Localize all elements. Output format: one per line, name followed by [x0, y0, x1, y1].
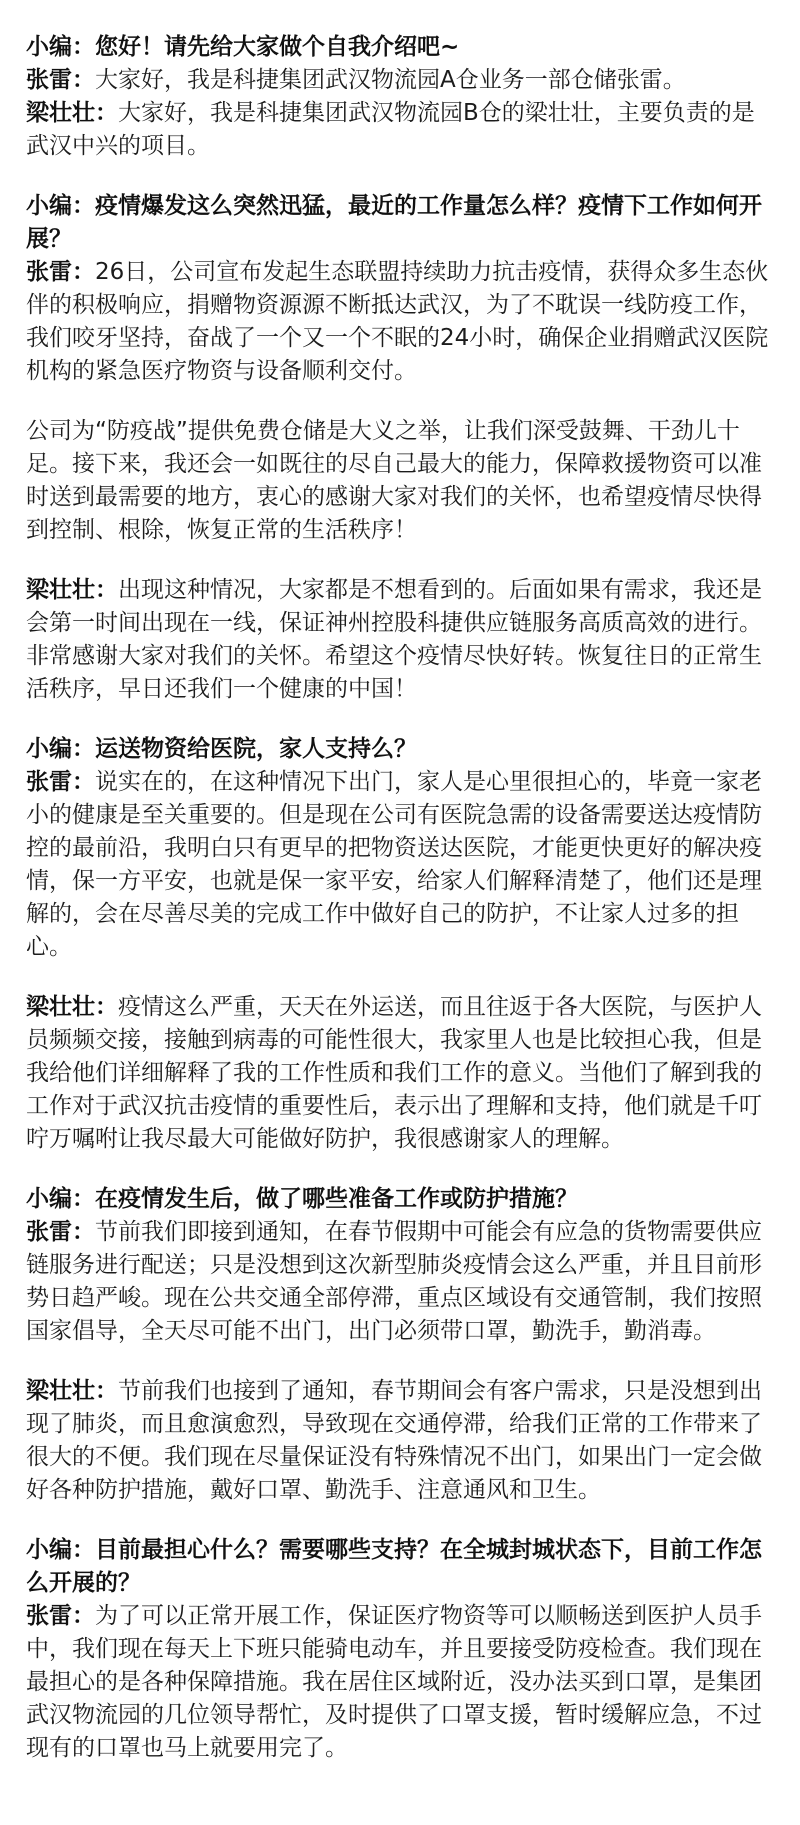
- qa-block: 梁壮壮：疫情这么严重，天天在外运送，而且往返于各大医院，与医护人员频频交接，接触…: [26, 991, 772, 1156]
- answer-paragraph: 张雷：节前我们即接到通知，在春节假期中可能会有应急的货物需要供应链服务进行配送；…: [26, 1216, 772, 1348]
- answer-paragraph: 梁壮壮：出现这种情况，大家都是不想看到的。后面如果有需求，我还是会第一时间出现在…: [26, 574, 772, 706]
- qa-block: 小编：运送物资给医院，家人支持么？张雷：说实在的，在这种情况下出门，家人是心里很…: [26, 733, 772, 964]
- paragraph-text: 26日，公司宣布发起生态联盟持续助力抗击疫情，获得众多生态伙伴的积极响应，捐赠物…: [26, 259, 768, 384]
- paragraph-text: 出现这种情况，大家都是不想看到的。后面如果有需求，我还是会第一时间出现在一线，保…: [26, 577, 762, 702]
- qa-block: 小编：疫情爆发这么突然迅猛，最近的工作量怎么样？疫情下工作如何开展？张雷：26日…: [26, 190, 772, 388]
- qa-block: 梁壮壮：节前我们也接到了通知，春节期间会有客户需求，只是没想到出现了肺炎，而且愈…: [26, 1375, 772, 1507]
- speaker-label: 张雷：: [26, 769, 95, 795]
- answer-paragraph: 张雷：为了可以正常开展工作，保证医疗物资等可以顺畅送到医护人员手中，我们现在每天…: [26, 1600, 772, 1765]
- speaker-label: 张雷：: [26, 259, 95, 285]
- paragraph-text: 节前我们即接到通知，在春节假期中可能会有应急的货物需要供应链服务进行配送；只是没…: [26, 1219, 762, 1344]
- paragraph-text: 节前我们也接到了通知，春节期间会有客户需求，只是没想到出现了肺炎，而且愈演愈烈，…: [26, 1378, 762, 1503]
- answer-paragraph: 张雷：26日，公司宣布发起生态联盟持续助力抗击疫情，获得众多生态伙伴的积极响应，…: [26, 256, 772, 388]
- speaker-label: 梁壮壮：: [26, 1378, 118, 1404]
- speaker-label: 张雷：: [26, 1603, 95, 1629]
- paragraph-text: 疫情爆发这么突然迅猛，最近的工作量怎么样？疫情下工作如何开展？: [26, 193, 762, 252]
- speaker-label: 小编：: [26, 1537, 95, 1563]
- paragraph-text: 说实在的，在这种情况下出门，家人是心里很担心的，毕竟一家老小的健康是至关重要的。…: [26, 769, 762, 960]
- interview-blocks: 小编：您好！请先给大家做个自我介绍吧~张雷：大家好，我是科捷集团武汉物流园A仓业…: [26, 31, 772, 1765]
- interview-article: 小编：您好！请先给大家做个自我介绍吧~张雷：大家好，我是科捷集团武汉物流园A仓业…: [0, 0, 800, 1825]
- paragraph-text: 在疫情发生后，做了哪些准备工作或防护措施？: [95, 1186, 578, 1212]
- paragraph-text: 为了可以正常开展工作，保证医疗物资等可以顺畅送到医护人员手中，我们现在每天上下班…: [26, 1603, 762, 1761]
- qa-block: 梁壮壮：出现这种情况，大家都是不想看到的。后面如果有需求，我还是会第一时间出现在…: [26, 574, 772, 706]
- paragraph-text: 运送物资给医院，家人支持么？: [95, 736, 417, 762]
- qa-block: 小编：您好！请先给大家做个自我介绍吧~张雷：大家好，我是科捷集团武汉物流园A仓业…: [26, 31, 772, 163]
- speaker-label: 小编：: [26, 34, 95, 60]
- question-paragraph: 小编：在疫情发生后，做了哪些准备工作或防护措施？: [26, 1183, 772, 1216]
- question-paragraph: 小编：您好！请先给大家做个自我介绍吧~: [26, 31, 772, 64]
- paragraph-text: 大家好，我是科捷集团武汉物流园A仓业务一部仓储张雷。: [95, 67, 686, 93]
- paragraph-text: 您好！请先给大家做个自我介绍吧~: [95, 34, 459, 60]
- speaker-label: 小编：: [26, 736, 95, 762]
- speaker-label: 小编：: [26, 193, 95, 219]
- answer-paragraph: 梁壮壮：疫情这么严重，天天在外运送，而且往返于各大医院，与医护人员频频交接，接触…: [26, 991, 772, 1156]
- paragraph-text: 目前最担心什么？需要哪些支持？在全城封城状态下，目前工作怎么开展的？: [26, 1537, 762, 1596]
- question-paragraph: 小编：运送物资给医院，家人支持么？: [26, 733, 772, 766]
- answer-paragraph: 张雷：大家好，我是科捷集团武汉物流园A仓业务一部仓储张雷。: [26, 64, 772, 97]
- answer-paragraph: 梁壮壮：大家好，我是科捷集团武汉物流园B仓的梁壮壮，主要负责的是武汉中兴的项目。: [26, 97, 772, 163]
- question-paragraph: 小编：疫情爆发这么突然迅猛，最近的工作量怎么样？疫情下工作如何开展？: [26, 190, 772, 256]
- answer-paragraph: 张雷：说实在的，在这种情况下出门，家人是心里很担心的，毕竟一家老小的健康是至关重…: [26, 766, 772, 964]
- qa-block: 小编：目前最担心什么？需要哪些支持？在全城封城状态下，目前工作怎么开展的？张雷：…: [26, 1534, 772, 1765]
- paragraph-text: 公司为“防疫战”提供免费仓储是大义之举，让我们深受鼓舞、干劲儿十足。接下来，我还…: [26, 418, 762, 543]
- paragraph-text: 大家好，我是科捷集团武汉物流园B仓的梁壮壮，主要负责的是武汉中兴的项目。: [26, 100, 755, 159]
- speaker-label: 张雷：: [26, 1219, 95, 1245]
- speaker-label: 梁壮壮：: [26, 994, 118, 1020]
- speaker-label: 梁壮壮：: [26, 577, 118, 603]
- question-paragraph: 小编：目前最担心什么？需要哪些支持？在全城封城状态下，目前工作怎么开展的？: [26, 1534, 772, 1600]
- speaker-label: 梁壮壮：: [26, 100, 118, 126]
- answer-paragraph: 梁壮壮：节前我们也接到了通知，春节期间会有客户需求，只是没想到出现了肺炎，而且愈…: [26, 1375, 772, 1507]
- qa-block: 小编：在疫情发生后，做了哪些准备工作或防护措施？张雷：节前我们即接到通知，在春节…: [26, 1183, 772, 1348]
- paragraph-text: 疫情这么严重，天天在外运送，而且往返于各大医院，与医护人员频频交接，接触到病毒的…: [26, 994, 762, 1152]
- answer-paragraph: 公司为“防疫战”提供免费仓储是大义之举，让我们深受鼓舞、干劲儿十足。接下来，我还…: [26, 415, 772, 547]
- speaker-label: 小编：: [26, 1186, 95, 1212]
- qa-block: 公司为“防疫战”提供免费仓储是大义之举，让我们深受鼓舞、干劲儿十足。接下来，我还…: [26, 415, 772, 547]
- speaker-label: 张雷：: [26, 67, 95, 93]
